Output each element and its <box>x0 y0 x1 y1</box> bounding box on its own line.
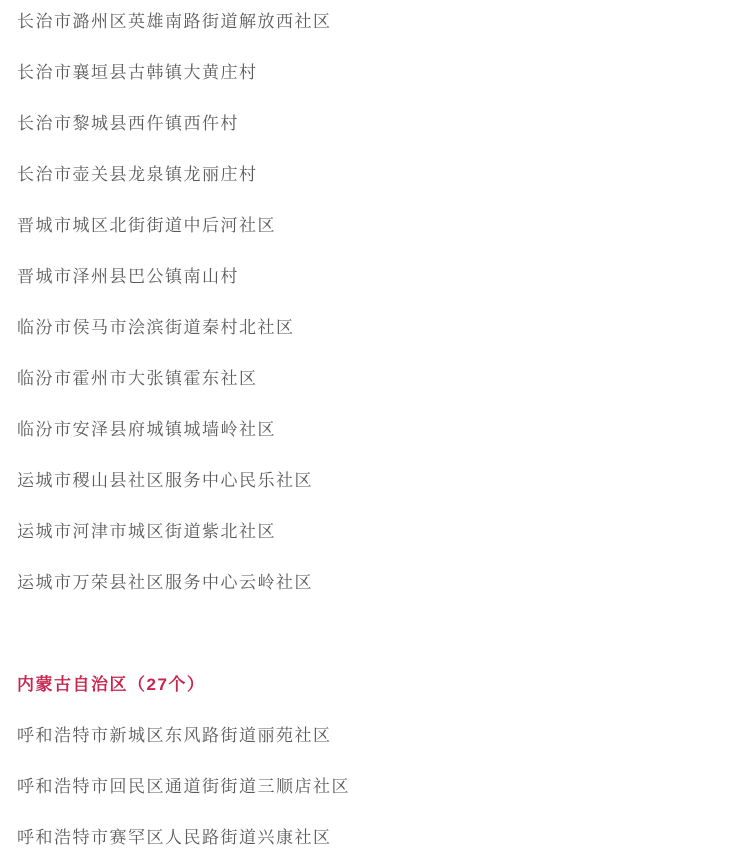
list-item: 临汾市安泽县府城镇城墙岭社区 <box>17 415 710 445</box>
article-body: 长治市潞州区英雄南路街道解放西社区 长治市襄垣县古韩镇大黄庄村 长治市黎城县西仵… <box>0 0 730 853</box>
list-item: 运城市河津市城区街道紫北社区 <box>17 517 710 547</box>
section-heading: 内蒙古自治区（27个） <box>17 670 710 700</box>
list-item: 晋城市城区北街街道中后河社区 <box>17 211 710 241</box>
document-page: { "page": { "colors": { "background": "#… <box>0 0 730 861</box>
list-item: 呼和浩特市赛罕区人民路街道兴康社区 <box>17 823 710 853</box>
list-item: 运城市稷山县社区服务中心民乐社区 <box>17 466 710 496</box>
list-item: 临汾市侯马市浍滨街道秦村北社区 <box>17 313 710 343</box>
list-item: 长治市黎城县西仵镇西仵村 <box>17 109 710 139</box>
list-item: 长治市壶关县龙泉镇龙丽庄村 <box>17 160 710 190</box>
list-item: 呼和浩特市新城区东风路街道丽苑社区 <box>17 721 710 751</box>
list-item: 呼和浩特市回民区通道街街道三顺店社区 <box>17 772 710 802</box>
list-item: 长治市襄垣县古韩镇大黄庄村 <box>17 58 710 88</box>
list-item: 运城市万荣县社区服务中心云岭社区 <box>17 568 710 598</box>
list-item: 临汾市霍州市大张镇霍东社区 <box>17 364 710 394</box>
list-item: 晋城市泽州县巴公镇南山村 <box>17 262 710 292</box>
list-item: 长治市潞州区英雄南路街道解放西社区 <box>17 7 710 37</box>
